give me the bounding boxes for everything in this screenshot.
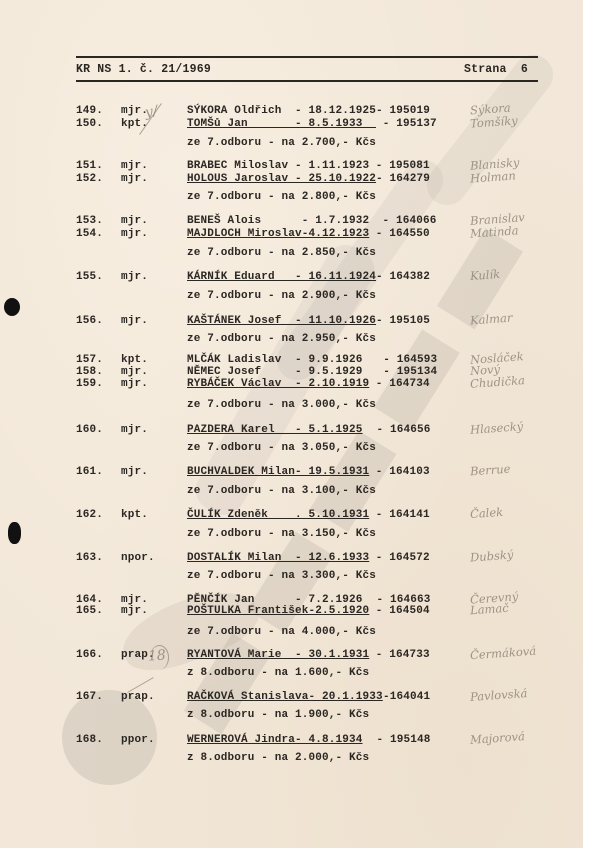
- salary-line: ze 7.odboru - na 2.800,- Kčs: [187, 191, 376, 203]
- entry-rank: mjr.: [121, 160, 148, 172]
- entry-name-date: BUCHVALDEK Milan- 19.5.1931: [187, 466, 369, 478]
- handwritten-note: Berrue: [470, 462, 511, 479]
- entry-name-date: RYANTOVÁ Marie - 30.1.1931: [187, 649, 369, 661]
- entry-name-date: BENEŠ Alois - 1.7.1932: [187, 215, 369, 227]
- handwritten-note: Čermáková: [470, 644, 537, 663]
- entry-number: 159.: [76, 378, 103, 390]
- entry-number: 149.: [76, 105, 103, 117]
- punch-hole: [8, 522, 21, 544]
- salary-line: ze 7.odboru - na 3.100,- Kčs: [187, 485, 376, 497]
- entry-number: 168.: [76, 734, 103, 746]
- pencil-bracket: [150, 645, 169, 670]
- entry-service-id: - 164504: [369, 605, 430, 617]
- entry-service-id: - 164733: [369, 649, 430, 661]
- entry-name-date: HOLOUS Jaroslav - 25.10.1922: [187, 173, 376, 185]
- entry-rank: mjr.: [121, 378, 148, 390]
- entry-rank: mjr.: [121, 271, 148, 283]
- entry-service-id: - 195105: [376, 315, 430, 327]
- entry-rank: mjr.: [121, 366, 148, 378]
- entry-number: 155.: [76, 271, 103, 283]
- entry-rank: prap.: [121, 691, 155, 703]
- salary-line: ze 7.odboru - na 2.900,- Kčs: [187, 290, 376, 302]
- salary-line: ze 7.odboru - na 2.850,- Kčs: [187, 247, 376, 259]
- header-top-rule: [76, 56, 538, 58]
- entry-service-id: - 164141: [369, 509, 430, 521]
- entry-name-date: RAČKOVÁ Stanislava- 20.1.1933: [187, 691, 383, 703]
- entry-service-id: - 164382: [376, 271, 430, 283]
- entry-name-date: NĚMEC Josef - 9.5.1929: [187, 366, 363, 378]
- salary-line: ze 7.odboru - na 3.300,- Kčs: [187, 570, 376, 582]
- salary-line: ze 7.odboru - na 3.050,- Kčs: [187, 442, 376, 454]
- entry-number: 157.: [76, 354, 103, 366]
- entry-rank: kpt.: [121, 509, 148, 521]
- entry-number: 154.: [76, 228, 103, 240]
- handwritten-note: Pavlovská: [470, 686, 528, 704]
- entry-name-date: POŠTULKA František-2.5.1920: [187, 605, 369, 617]
- entry-rank: mjr.: [121, 215, 148, 227]
- entry-service-id: - 195148: [363, 734, 431, 746]
- entry-name-date: RYBÁČEK Václav - 2.10.1919: [187, 378, 369, 390]
- entry-service-id: - 164572: [369, 552, 430, 564]
- entry-number: 150.: [76, 118, 103, 130]
- entry-number: 153.: [76, 215, 103, 227]
- entry-rank: npor.: [121, 552, 155, 564]
- entry-rank: mjr.: [121, 315, 148, 327]
- salary-line: z 8.odboru - na 1.900,- Kčs: [187, 709, 369, 721]
- salary-line: ze 7.odboru - na 3.000,- Kčs: [187, 399, 376, 411]
- handwritten-note: Čalek: [470, 505, 504, 521]
- handwritten-note: Kalmar: [470, 311, 513, 328]
- entry-number: 156.: [76, 315, 103, 327]
- handwritten-note: Holman: [470, 168, 517, 185]
- entry-rank: kpt.: [121, 354, 148, 366]
- salary-line: ze 7.odboru - na 4.000,- Kčs: [187, 626, 376, 638]
- entry-rank: mjr.: [121, 466, 148, 478]
- document-reference: KR NS 1. č. 21/1969: [76, 63, 211, 76]
- document-page: ▬▬▬▬▬ KR NS 1. č. 21/1969 Strana 6 149.m…: [0, 0, 583, 848]
- entry-service-id: - 164279: [376, 173, 430, 185]
- handwritten-note: Chudička: [470, 373, 526, 391]
- entry-name-date: SÝKORA Oldřich - 18.12.1925: [187, 105, 376, 117]
- entry-name-date: DOSTALÍK Milan - 12.6.1933: [187, 552, 369, 564]
- entry-rank: ppor.: [121, 734, 155, 746]
- entry-name-date: WERNEROVÁ Jindra- 4.8.1934: [187, 734, 363, 746]
- entry-service-id: -164041: [383, 691, 430, 703]
- entry-service-id: - 195134: [363, 366, 437, 378]
- entry-service-id: - 164550: [369, 228, 430, 240]
- handwritten-note: Lamač: [470, 601, 510, 618]
- punch-hole: [4, 298, 20, 316]
- entry-number: 160.: [76, 424, 103, 436]
- salary-line: ze 7.odboru - na 2.700,- Kčs: [187, 137, 376, 149]
- handwritten-note: Dubský: [470, 548, 514, 565]
- entry-service-id: - 164734: [369, 378, 430, 390]
- entry-name-date: ČULÍK Zdeněk . 5.10.1931: [187, 509, 369, 521]
- salary-line: ze 7.odboru - na 3.150,- Kčs: [187, 528, 376, 540]
- page-label: Strana: [464, 63, 507, 76]
- entry-service-id: - 164656: [363, 424, 431, 436]
- handwritten-note: Majorová: [470, 729, 526, 747]
- entry-name-date: TOMŠů Jan - 8.5.1933: [187, 118, 376, 130]
- entry-name-date: KÁRNÍK Eduard - 16.11.1924: [187, 271, 376, 283]
- entry-rank: mjr.: [121, 424, 148, 436]
- entry-service-id: - 195019: [376, 105, 430, 117]
- entry-rank: mjr.: [121, 173, 148, 185]
- entry-rank: mjr.: [121, 605, 148, 617]
- salary-line: z 8.odboru - na 1.600,- Kčs: [187, 667, 369, 679]
- entry-rank: mjr.: [121, 228, 148, 240]
- entry-name-date: BRABEC Miloslav - 1.11.1923: [187, 160, 369, 172]
- salary-line: z 8.odboru - na 2.000,- Kčs: [187, 752, 369, 764]
- salary-line: ze 7.odboru - na 2.950,- Kčs: [187, 333, 376, 345]
- entry-number: 166.: [76, 649, 103, 661]
- header-bottom-rule: [76, 80, 538, 82]
- entry-number: 161.: [76, 466, 103, 478]
- entry-service-id: - 195137: [376, 118, 437, 130]
- entry-service-id: - 195081: [369, 160, 430, 172]
- entry-number: 167.: [76, 691, 103, 703]
- entry-service-id: - 164593: [363, 354, 437, 366]
- entry-service-id: - 164103: [369, 466, 430, 478]
- page-number: 6: [521, 63, 528, 76]
- handwritten-note: Hlasecký: [470, 419, 524, 437]
- entry-number: 162.: [76, 509, 103, 521]
- entry-number: 163.: [76, 552, 103, 564]
- entry-name-date: KAŠTÁNEK Josef - 11.10.1926: [187, 315, 376, 327]
- handwritten-note: Kulík: [470, 267, 501, 283]
- entry-name-date: MLČÁK Ladislav - 9.9.1926: [187, 354, 363, 366]
- entry-name-date: PAZDERA Karel - 5.1.1925: [187, 424, 363, 436]
- entry-service-id: - 164066: [369, 215, 437, 227]
- entry-number: 151.: [76, 160, 103, 172]
- entry-number: 165.: [76, 605, 103, 617]
- page-indicator: Strana 6: [464, 63, 528, 76]
- entry-name-date: MAJDLOCH Miroslav-4.12.1923: [187, 228, 369, 240]
- entry-number: 158.: [76, 366, 103, 378]
- entry-number: 152.: [76, 173, 103, 185]
